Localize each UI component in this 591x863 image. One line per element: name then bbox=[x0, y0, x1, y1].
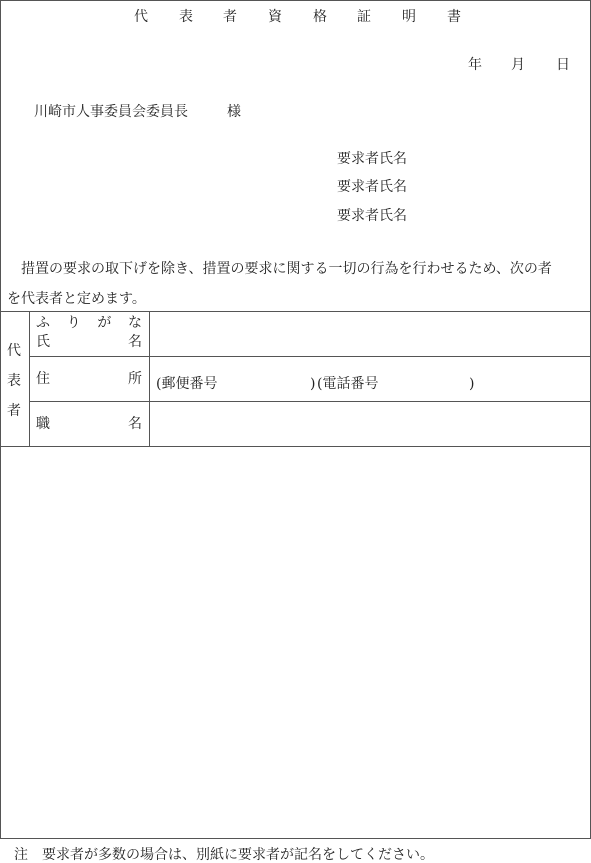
label-char: 所 bbox=[128, 370, 142, 388]
representative-group-label-char: 者 bbox=[7, 402, 21, 420]
label-char: 住 bbox=[36, 370, 50, 388]
table-row-divider bbox=[29, 401, 591, 402]
address-label: 住 所 bbox=[36, 370, 142, 388]
label-char: が bbox=[97, 314, 111, 332]
label-char: ふ bbox=[36, 314, 50, 332]
postal-code-label: (郵便番号 bbox=[156, 375, 217, 393]
table-col-divider bbox=[149, 311, 150, 447]
title-char: 表 bbox=[179, 7, 193, 27]
representative-job-title-field[interactable] bbox=[151, 403, 589, 445]
table-top-border bbox=[0, 311, 591, 312]
furigana-label: ふ り が な bbox=[36, 314, 142, 332]
label-char: 職 bbox=[36, 415, 50, 433]
title-char: 資 bbox=[268, 7, 282, 27]
table-row-divider bbox=[29, 356, 591, 357]
footnote: 注 要求者が多数の場合は、別紙に要求者が記名をしてください。 bbox=[14, 845, 434, 863]
label-char: 名 bbox=[128, 415, 142, 433]
title-char: 者 bbox=[223, 7, 237, 27]
date-day-label: 日 bbox=[556, 55, 570, 75]
representative-name-field[interactable] bbox=[151, 313, 589, 355]
phone-number-close: ) bbox=[469, 375, 474, 393]
body-paragraph: 措置の要求の取下げを除き、措置の要求に関する一切の行為を行わせるため、次の者 を… bbox=[7, 254, 587, 314]
title-char: 明 bbox=[402, 7, 416, 27]
label-char: な bbox=[128, 314, 142, 332]
addressee-name: 川崎市人事委員会委員長 bbox=[34, 102, 188, 122]
postal-code-close: ) bbox=[310, 375, 315, 393]
label-char: 名 bbox=[128, 333, 142, 351]
title-char: 証 bbox=[357, 7, 371, 27]
addressee-honorific: 様 bbox=[227, 102, 241, 122]
representative-group-label-char: 表 bbox=[7, 372, 21, 390]
requester-name-label-3: 要求者氏名 bbox=[337, 206, 407, 226]
body-line-1: 措置の要求の取下げを除き、措置の要求に関する一切の行為を行わせるため、次の者 bbox=[7, 254, 587, 284]
name-label: 氏 名 bbox=[36, 333, 142, 351]
requester-name-label-2: 要求者氏名 bbox=[337, 177, 407, 197]
body-line-2: を代表者と定めます。 bbox=[7, 284, 587, 314]
table-col-divider bbox=[29, 311, 30, 447]
label-char: り bbox=[67, 314, 81, 332]
date-month-label: 月 bbox=[511, 55, 525, 75]
representative-group-label-char: 代 bbox=[7, 342, 21, 360]
title-char: 格 bbox=[313, 7, 327, 27]
date-year-label: 年 bbox=[468, 55, 482, 75]
requester-name-label-1: 要求者氏名 bbox=[337, 149, 407, 169]
label-char: 氏 bbox=[36, 333, 50, 351]
phone-number-label: (電話番号 bbox=[317, 375, 378, 393]
title-char: 書 bbox=[447, 7, 461, 27]
table-bottom-border bbox=[0, 446, 591, 447]
job-title-label: 職 名 bbox=[36, 415, 142, 433]
title-char: 代 bbox=[134, 7, 148, 27]
